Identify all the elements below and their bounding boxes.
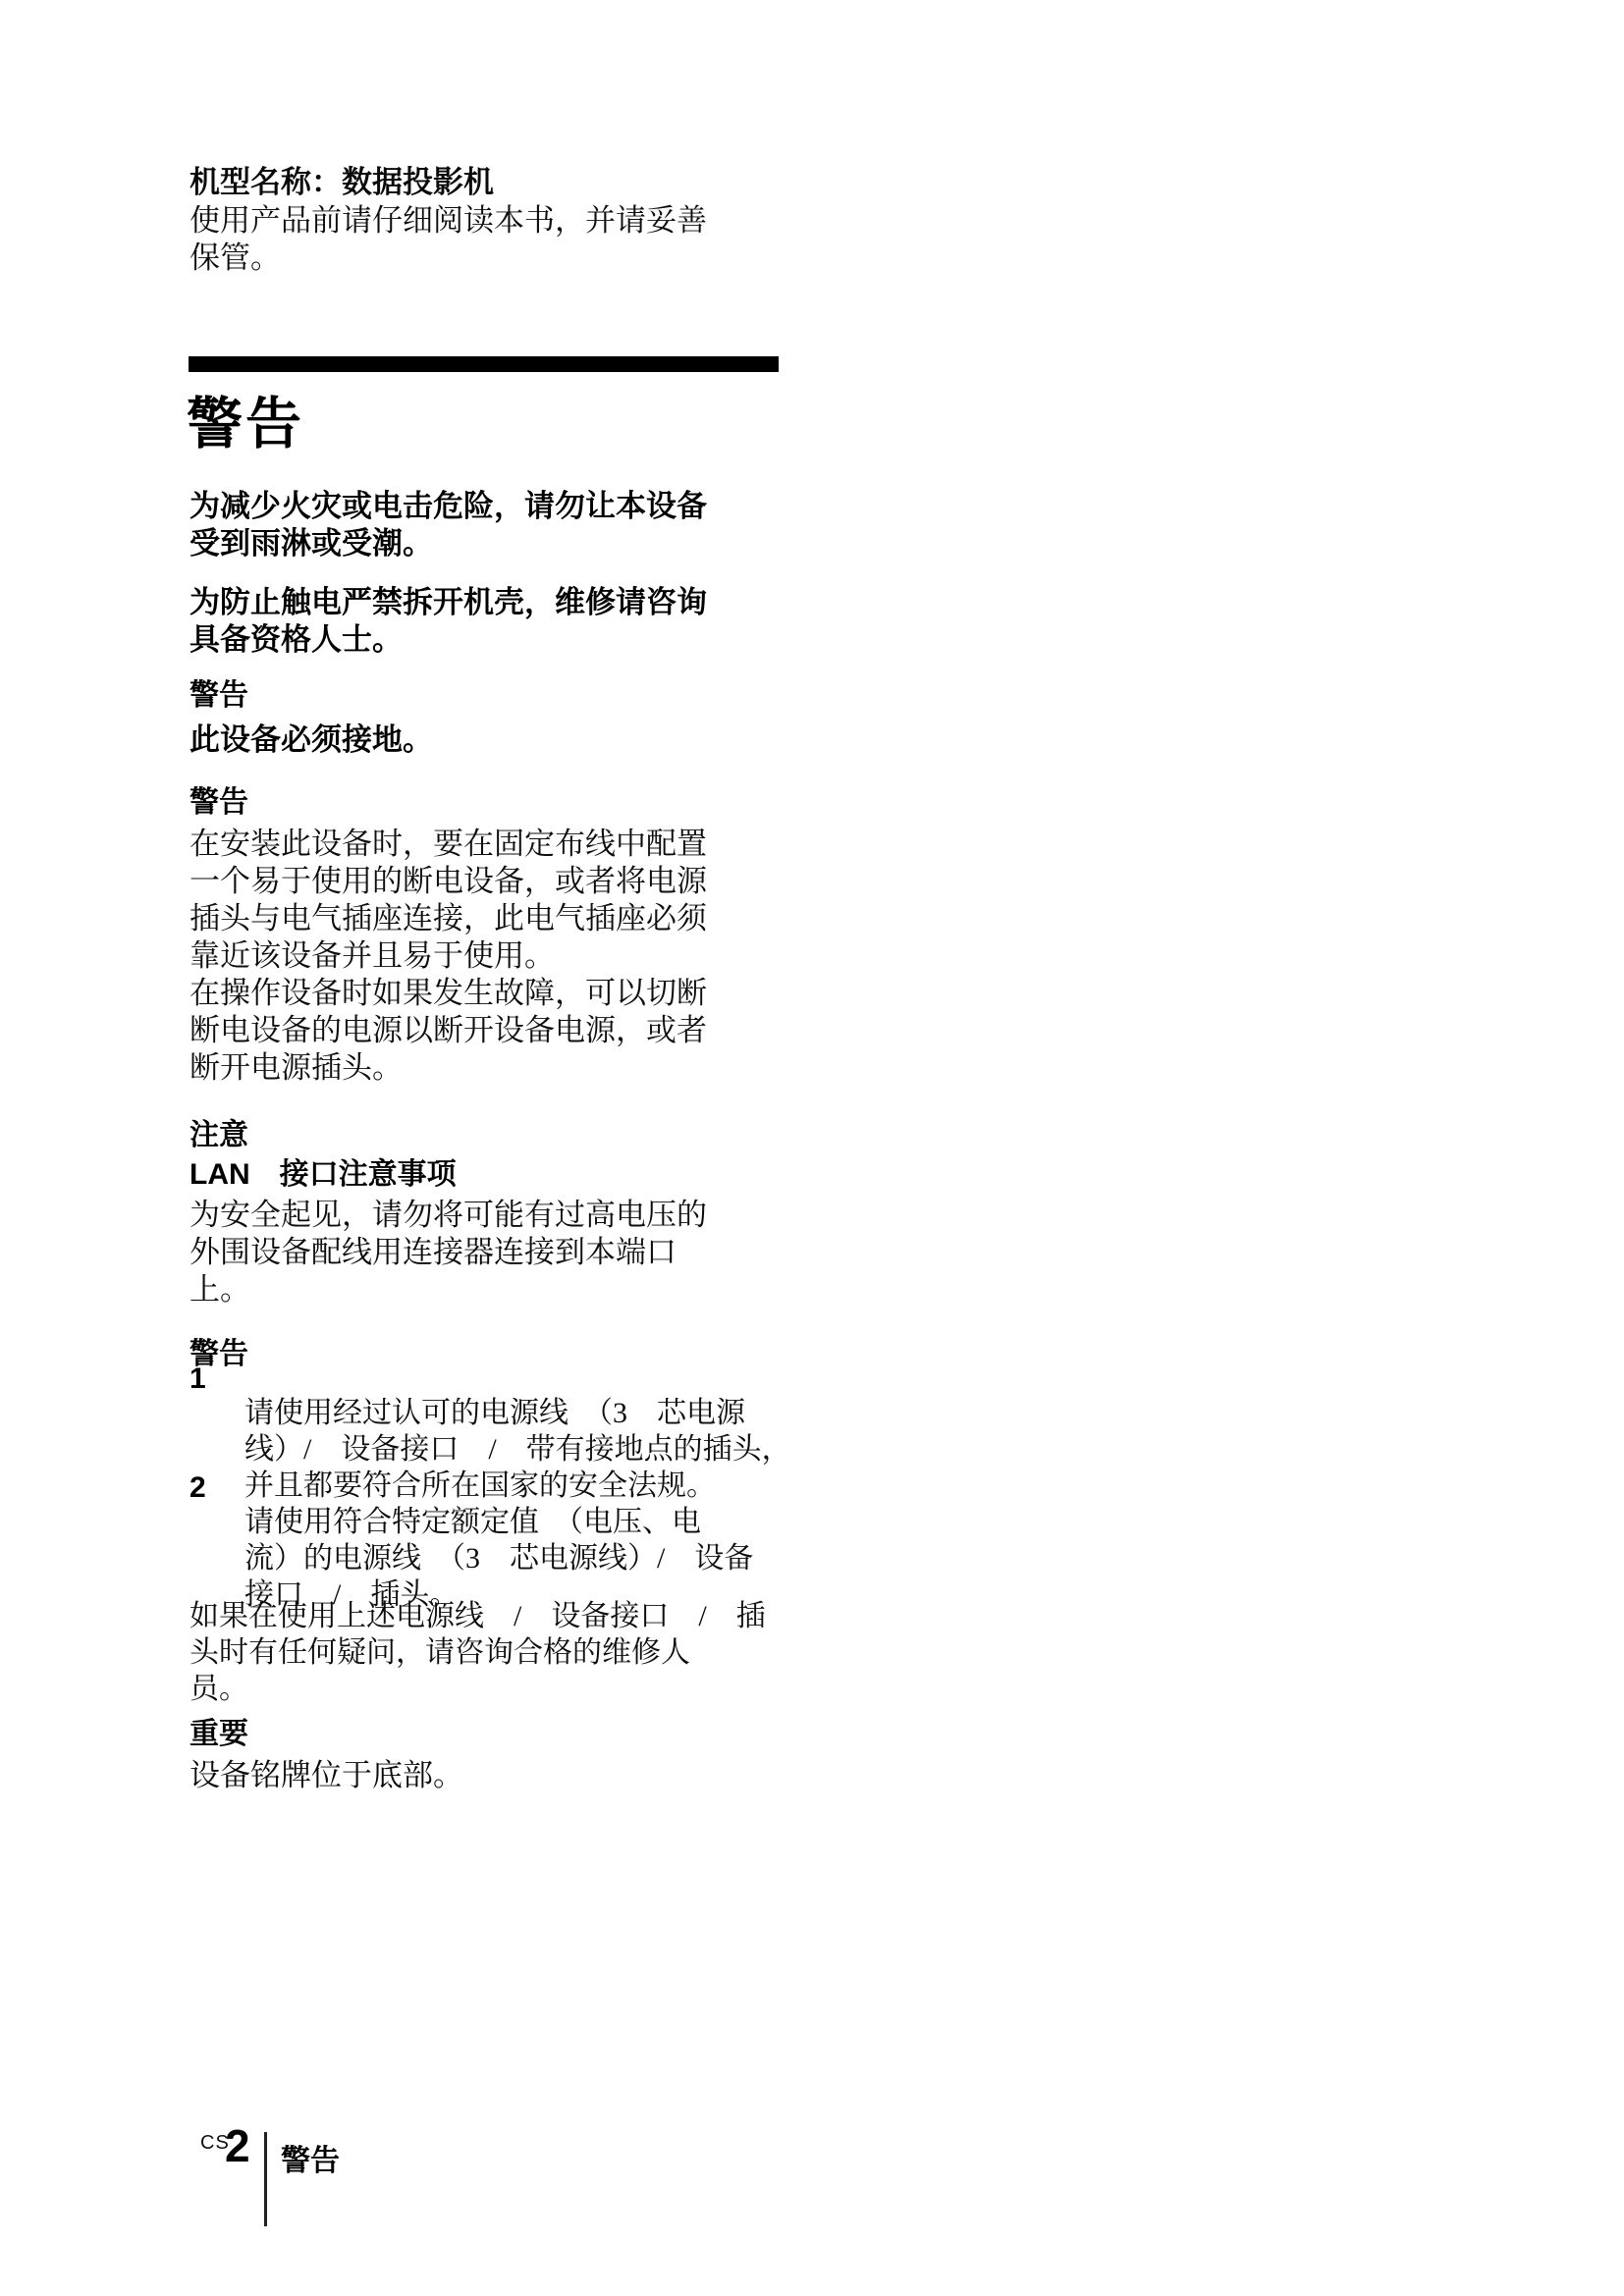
fire-warning-paragraph: 为减少火灾或电击危险，请勿让本设备 受到雨淋或受潮。 [189,488,707,562]
list-item-number: 2 [189,1469,206,1506]
power-cord-footnote: 如果在使用上述电源线 / 设备接口 / 插 头时有任何疑问，请咨询合格的维修人 … [189,1598,766,1707]
footer-divider-line [264,2132,267,2226]
lan-caution-body: 为安全起见，请勿将可能有过高电压的 外围设备配线用连接器连接到本端口 上。 [189,1197,707,1308]
list-item-number: 1 [189,1361,206,1397]
model-name-line: 机型名称：数据投影机 [189,157,494,201]
page-title: 警告 [187,394,304,454]
important-body: 设备铭牌位于底部。 [189,1757,463,1794]
disconnect-warning-body: 在安装此设备时，要在固定布线中配置 一个易于使用的断电设备，或者将电源 插头与电… [189,826,707,1087]
footer-page-number: 2 [225,2123,250,2168]
grounding-warning-title: 警告 [189,679,248,713]
lan-caution-subtitle: LAN 接口注意事项 [189,1158,457,1192]
section-divider-bar [189,356,779,372]
grounding-warning-body: 此设备必须接地。 [189,721,433,759]
important-title: 重要 [189,1718,248,1751]
caution-title: 注意 [189,1119,248,1152]
footer-section-label: 警告 [281,2136,340,2179]
disconnect-warning-title: 警告 [189,786,248,820]
manual-page: 机型名称：数据投影机 使用产品前请仔细阅读本书，并请妥善 保管。 警告 为减少火… [0,0,1624,2296]
list-item-text: 请使用符合特定额定值 （电压、电 流）的电源线 （3 芯电源线）/ 设备 接口 … [244,1504,753,1613]
shock-warning-paragraph: 为防止触电严禁拆开机壳，维修请咨询 具备资格人士。 [189,584,707,659]
intro-paragraph: 使用产品前请仔细阅读本书，并请妥善 保管。 [189,202,707,277]
